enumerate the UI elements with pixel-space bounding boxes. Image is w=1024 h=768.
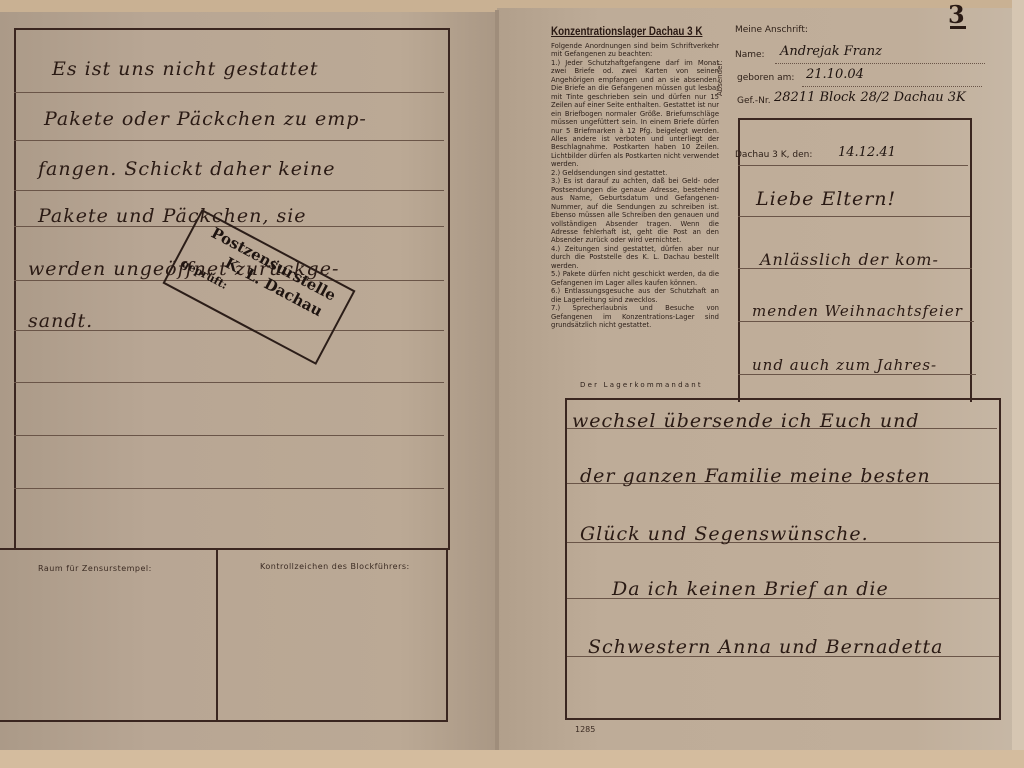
ruled-line [14, 382, 444, 383]
letter-line: Schwestern Anna und Bernadetta [588, 636, 944, 658]
page-spine [495, 10, 499, 752]
letter-box-bottom [565, 398, 1001, 720]
handwritten-line: fangen. Schickt daher keine [38, 158, 336, 180]
letter-line: der ganzen Familie meine besten [580, 465, 931, 487]
dotted-line [802, 85, 982, 87]
ruled-line [14, 190, 444, 191]
regulation-item: 3.) Es ist darauf zu achten, daß bei Gel… [551, 177, 719, 245]
letter-line: Liebe Eltern! [756, 188, 896, 210]
ruled-line [738, 321, 974, 322]
ruled-line [14, 140, 444, 141]
dotted-line [775, 62, 985, 64]
regulation-item: 7.) Sprecherlaubnis und Besuche von Gefa… [551, 304, 719, 329]
regulations-text: Folgende Anordnungen sind beim Schriftve… [551, 42, 719, 329]
handwritten-line: sandt. [28, 310, 93, 332]
censor-stamp-label: Raum für Zensurstempel: [38, 564, 152, 573]
letter-line: Anlässlich der kom- [760, 250, 939, 269]
regulation-item: 2.) Geldsendungen sind gestattet. [551, 169, 719, 177]
ruled-line [738, 216, 970, 217]
control-border [446, 550, 448, 720]
letter-line: Glück und Segenswünsche. [580, 523, 869, 545]
control-box: Raum für Zensurstempel: Kontrollzeichen … [0, 548, 448, 722]
date-value: 14.12.41 [838, 145, 896, 160]
block-leader-label: Kontrollzeichen des Blockführers: [260, 562, 410, 571]
regulation-item: 6.) Entlassungsgesuche aus der Schutzhaf… [551, 287, 719, 304]
regulations-signature: Der Lagerkommandant [580, 381, 703, 389]
control-divider [216, 550, 218, 720]
regulations-intro: Folgende Anordnungen sind beim Schriftve… [551, 42, 719, 59]
date-label: Dachau 3 K, den: [735, 150, 812, 160]
born-value: 21.10.04 [806, 67, 864, 82]
name-label: Name: [735, 50, 765, 60]
right-edge [1012, 0, 1024, 768]
ruled-line [738, 165, 968, 166]
ruled-line [14, 92, 444, 93]
ruled-line [738, 374, 976, 375]
handwritten-line: Pakete oder Päckchen zu emp- [44, 108, 367, 130]
letter-line: wechsel übersende ich Euch und [572, 410, 920, 432]
form-number: 1285 [575, 725, 595, 734]
sender-vertical-label: Absender: [716, 61, 724, 97]
prisoner-number-value: 28211 Block 28/2 Dachau 3K [774, 90, 966, 105]
born-label: geboren am: [737, 73, 794, 83]
ruled-line [14, 488, 444, 489]
background-bottom [0, 750, 1024, 768]
letter-line: menden Weihnachtsfeier [752, 302, 963, 320]
regulations-title: Konzentrationslager Dachau 3 K [551, 24, 702, 38]
corner-page-number: 3 [948, 0, 965, 29]
handwritten-line: Pakete und Päckchen, sie [38, 205, 307, 227]
address-heading: Meine Anschrift: [735, 25, 808, 35]
name-value: Andrejak Franz [780, 44, 882, 59]
regulation-item: 5.) Pakete dürfen nicht geschickt werden… [551, 270, 719, 287]
regulation-item: 1.) Jeder Schutzhaftgefangene darf im Mo… [551, 59, 719, 169]
stamp-line: geprüft: [179, 257, 229, 292]
regulation-item: 4.) Zeitungen sind gestattet, dürfen abe… [551, 245, 719, 270]
ruled-line [14, 435, 444, 436]
prisoner-number-label: Gef.-Nr. [737, 96, 771, 106]
letter-line: und auch zum Jahres- [752, 356, 937, 374]
handwritten-line: Es ist uns nicht gestattet [52, 58, 319, 80]
letter-line: Da ich keinen Brief an die [612, 578, 889, 600]
